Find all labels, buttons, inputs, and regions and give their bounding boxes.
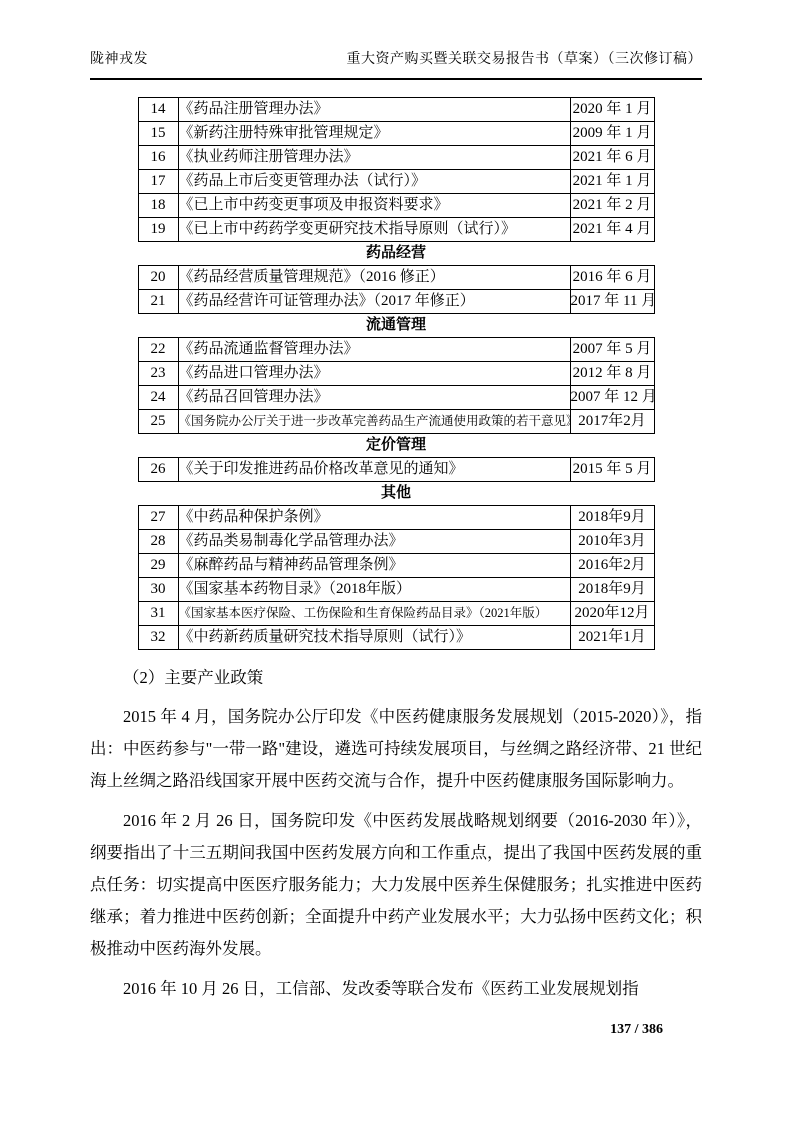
row-number: 26: [138, 458, 178, 482]
row-number: 15: [138, 122, 178, 146]
regulation-date: 2020 年 1 月: [570, 98, 654, 122]
row-number: 28: [138, 530, 178, 554]
regulation-name: 《已上市中药变更事项及申报资料要求》: [178, 194, 570, 218]
regulation-date: 2009 年 1 月: [570, 122, 654, 146]
regulation-name: 《药品上市后变更管理办法（试行）》: [178, 170, 570, 194]
table-row: 23《药品进口管理办法》2012 年 8 月: [138, 362, 654, 386]
row-number: 17: [138, 170, 178, 194]
row-number: 25: [138, 410, 178, 434]
row-number: 16: [138, 146, 178, 170]
regulation-date: 2017 年 11 月: [570, 290, 654, 314]
section-label: 流通管理: [138, 314, 654, 338]
regulation-date: 2021 年 2 月: [570, 194, 654, 218]
table-row: 26《关于印发推进药品价格改革意见的通知》2015 年 5 月: [138, 458, 654, 482]
section-label: 定价管理: [138, 434, 654, 458]
table-row: 32《中药新药质量研究技术指导原则（试行）》2021年1月: [138, 626, 654, 650]
regulation-name: 《已上市中药药学变更研究技术指导原则（试行）》: [178, 218, 570, 242]
row-number: 29: [138, 554, 178, 578]
regulation-name: 《中药新药质量研究技术指导原则（试行）》: [178, 626, 570, 650]
row-number: 31: [138, 602, 178, 626]
regulation-date: 2017年2月: [570, 410, 654, 434]
row-number: 14: [138, 98, 178, 122]
table-row: 18《已上市中药变更事项及申报资料要求》2021 年 2 月: [138, 194, 654, 218]
table-row: 24《药品召回管理办法》2007 年 12 月: [138, 386, 654, 410]
regulation-name: 《执业药师注册管理办法》: [178, 146, 570, 170]
regulation-date: 2021年1月: [570, 626, 654, 650]
header-left-title: 陇神戎发: [90, 48, 148, 68]
regulation-name: 《药品召回管理办法》: [178, 386, 570, 410]
table-section-row: 药品经营: [138, 242, 654, 266]
page-footer: 137 / 386: [610, 1022, 663, 1038]
page-header: 陇神戎发 重大资产购买暨关联交易报告书（草案）（三次修订稿）: [90, 48, 702, 80]
row-number: 20: [138, 266, 178, 290]
regulation-date: 2007 年 5 月: [570, 338, 654, 362]
regulation-name: 《国家基本医疗保险、工伤保险和生育保险药品目录》（2021年版）: [178, 602, 570, 626]
regulation-name: 《新药注册特殊审批管理规定》: [178, 122, 570, 146]
regulation-date: 2018年9月: [570, 578, 654, 602]
regulation-date: 2015 年 5 月: [570, 458, 654, 482]
regulation-date: 2007 年 12 月: [570, 386, 654, 410]
table-row: 19《已上市中药药学变更研究技术指导原则（试行）》2021 年 4 月: [138, 218, 654, 242]
regulation-date: 2021 年 1 月: [570, 170, 654, 194]
paragraph: 2016 年 10 月 26 日，工信部、发改委等联合发布《医药工业发展规划指: [90, 973, 702, 1005]
row-number: 19: [138, 218, 178, 242]
paragraph: 2016 年 2 月 26 日，国务院印发《中医药发展战略规划纲要（2016-2…: [90, 805, 702, 965]
table-row: 14《药品注册管理办法》2020 年 1 月: [138, 98, 654, 122]
regulation-date: 2012 年 8 月: [570, 362, 654, 386]
section-label: 其他: [138, 482, 654, 506]
table-row: 20《药品经营质量管理规范》（2016 修正）2016 年 6 月: [138, 266, 654, 290]
regulation-name: 《药品经营质量管理规范》（2016 修正）: [178, 266, 570, 290]
regulation-date: 2016 年 6 月: [570, 266, 654, 290]
regulation-name: 《药品进口管理办法》: [178, 362, 570, 386]
table-section-row: 流通管理: [138, 314, 654, 338]
section-label: 药品经营: [138, 242, 654, 266]
document-page: 陇神戎发 重大资产购买暨关联交易报告书（草案）（三次修订稿） 14《药品注册管理…: [0, 0, 793, 1122]
table-row: 30《国家基本药物目录》（2018年版）2018年9月: [138, 578, 654, 602]
subsection-heading: （2）主要产业政策: [90, 668, 702, 688]
table-row: 15《新药注册特殊审批管理规定》2009 年 1 月: [138, 122, 654, 146]
regulation-name: 《国务院办公厅关于进一步改革完善药品生产流通使用政策的若干意见》: [178, 410, 570, 434]
regulation-date: 2016年2月: [570, 554, 654, 578]
table-row: 17《药品上市后变更管理办法（试行）》2021 年 1 月: [138, 170, 654, 194]
table-row: 22《药品流通监督管理办法》2007 年 5 月: [138, 338, 654, 362]
page-number: 137 / 386: [610, 1022, 663, 1037]
regulation-date: 2018年9月: [570, 506, 654, 530]
row-number: 32: [138, 626, 178, 650]
regulation-name: 《中药品种保护条例》: [178, 506, 570, 530]
table-row: 25《国务院办公厅关于进一步改革完善药品生产流通使用政策的若干意见》2017年2…: [138, 410, 654, 434]
row-number: 23: [138, 362, 178, 386]
paragraph: 2015 年 4 月，国务院办公厅印发《中医药健康服务发展规划（2015-202…: [90, 701, 702, 797]
table-row: 28《药品类易制毒化学品管理办法》2010年3月: [138, 530, 654, 554]
regulation-date: 2021 年 6 月: [570, 146, 654, 170]
regulation-name: 《药品注册管理办法》: [178, 98, 570, 122]
page-body: 14《药品注册管理办法》2020 年 1 月15《新药注册特殊审批管理规定》20…: [90, 97, 702, 1005]
table-row: 27《中药品种保护条例》2018年9月: [138, 506, 654, 530]
regulation-name: 《国家基本药物目录》（2018年版）: [178, 578, 570, 602]
row-number: 18: [138, 194, 178, 218]
regulation-date: 2010年3月: [570, 530, 654, 554]
table-section-row: 定价管理: [138, 434, 654, 458]
regulation-name: 《药品流通监督管理办法》: [178, 338, 570, 362]
header-right-title: 重大资产购买暨关联交易报告书（草案）（三次修订稿）: [347, 48, 703, 68]
body-paragraphs: 2015 年 4 月，国务院办公厅印发《中医药健康服务发展规划（2015-202…: [90, 701, 702, 1005]
table-row: 29《麻醉药品与精神药品管理条例》2016年2月: [138, 554, 654, 578]
row-number: 27: [138, 506, 178, 530]
table-row: 16《执业药师注册管理办法》2021 年 6 月: [138, 146, 654, 170]
row-number: 21: [138, 290, 178, 314]
regulation-name: 《药品类易制毒化学品管理办法》: [178, 530, 570, 554]
row-number: 30: [138, 578, 178, 602]
table-section-row: 其他: [138, 482, 654, 506]
regulation-name: 《关于印发推进药品价格改革意见的通知》: [178, 458, 570, 482]
regulations-table: 14《药品注册管理办法》2020 年 1 月15《新药注册特殊审批管理规定》20…: [138, 97, 655, 650]
regulation-name: 《麻醉药品与精神药品管理条例》: [178, 554, 570, 578]
regulation-date: 2020年12月: [570, 602, 654, 626]
row-number: 24: [138, 386, 178, 410]
regulation-name: 《药品经营许可证管理办法》（2017 年修正）: [178, 290, 570, 314]
row-number: 22: [138, 338, 178, 362]
regulation-date: 2021 年 4 月: [570, 218, 654, 242]
table-row: 21《药品经营许可证管理办法》（2017 年修正）2017 年 11 月: [138, 290, 654, 314]
table-row: 31《国家基本医疗保险、工伤保险和生育保险药品目录》（2021年版）2020年1…: [138, 602, 654, 626]
